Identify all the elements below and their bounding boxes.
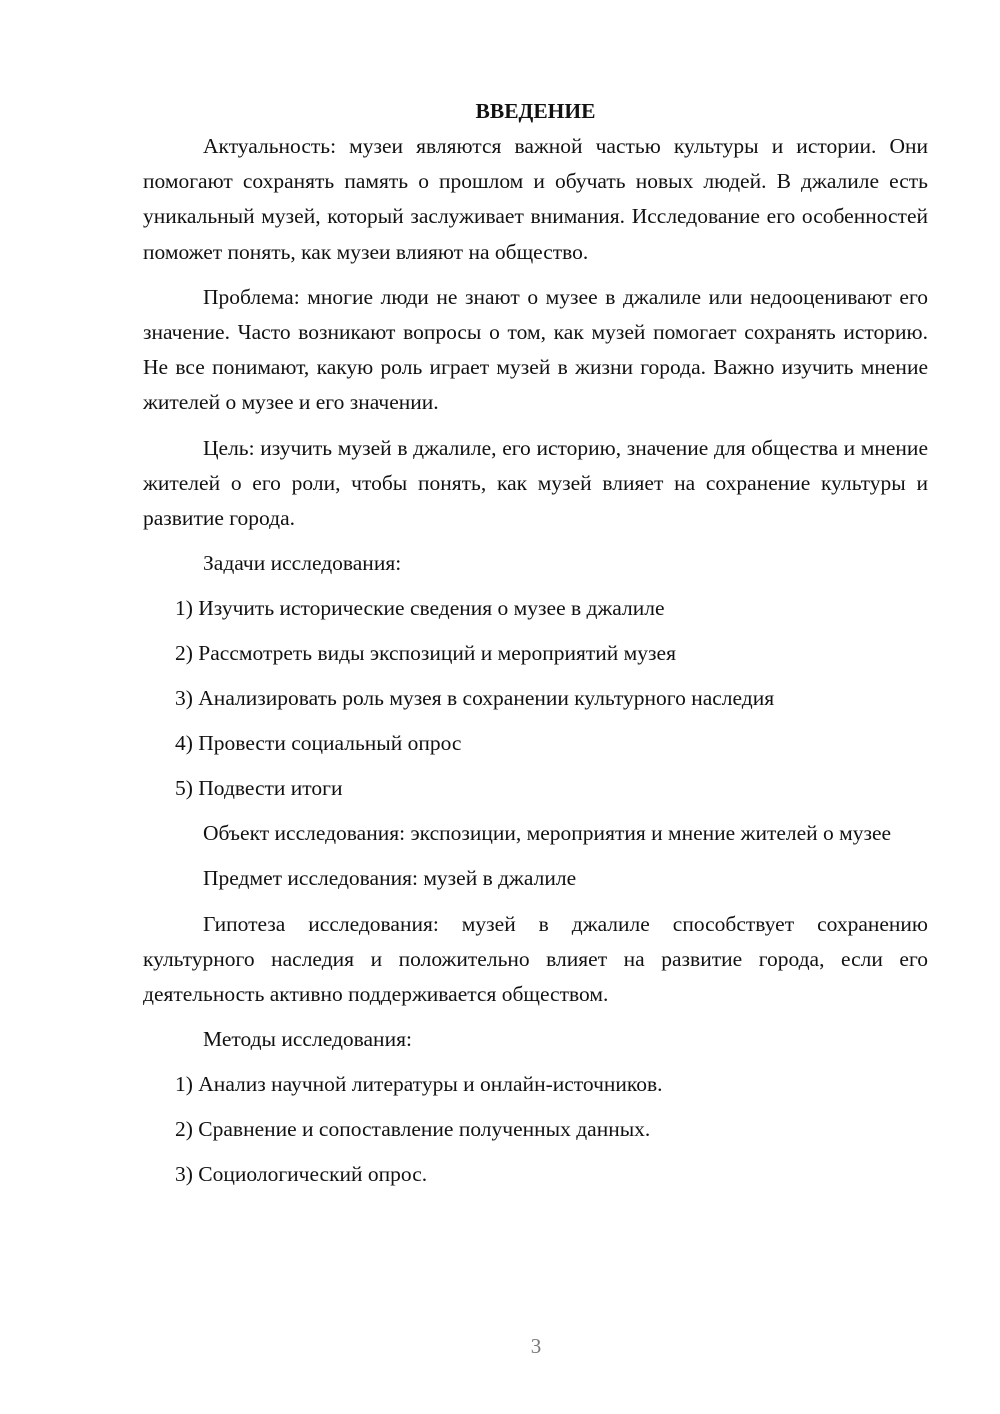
- methods-list: 1) Анализ научной литературы и онлайн-ис…: [143, 1067, 928, 1192]
- page-content: ВВЕДЕНИЕ Актуальность: музеи являются ва…: [143, 94, 928, 1202]
- methods-heading: Методы исследования:: [143, 1022, 928, 1057]
- tasks-heading: Задачи исследования:: [143, 546, 928, 581]
- paragraph-problem: Проблема: многие люди не знают о музее в…: [143, 280, 928, 421]
- section-title: ВВЕДЕНИЕ: [143, 94, 928, 129]
- method-item: 3) Социологический опрос.: [143, 1157, 928, 1192]
- page-number: 3: [0, 1333, 1000, 1359]
- task-item: 2) Рассмотреть виды экспозиций и меропри…: [143, 636, 928, 671]
- method-item: 2) Сравнение и сопоставление полученных …: [143, 1112, 928, 1147]
- task-item: 1) Изучить исторические сведения о музее…: [143, 591, 928, 626]
- paragraph-object: Объект исследования: экспозиции, меропри…: [143, 816, 928, 851]
- task-item: 5) Подвести итоги: [143, 771, 928, 806]
- paragraph-goal: Цель: изучить музей в джалиле, его истор…: [143, 431, 928, 537]
- task-item: 4) Провести социальный опрос: [143, 726, 928, 761]
- document-page: ВВЕДЕНИЕ Актуальность: музеи являются ва…: [0, 0, 1000, 1414]
- paragraph-relevance: Актуальность: музеи являются важной част…: [143, 129, 928, 270]
- tasks-list: 1) Изучить исторические сведения о музее…: [143, 591, 928, 806]
- paragraph-hypothesis: Гипотеза исследования: музей в джалиле с…: [143, 907, 928, 1013]
- task-item: 3) Анализировать роль музея в сохранении…: [143, 681, 928, 716]
- paragraph-subject: Предмет исследования: музей в джалиле: [143, 861, 928, 896]
- method-item: 1) Анализ научной литературы и онлайн-ис…: [143, 1067, 928, 1102]
